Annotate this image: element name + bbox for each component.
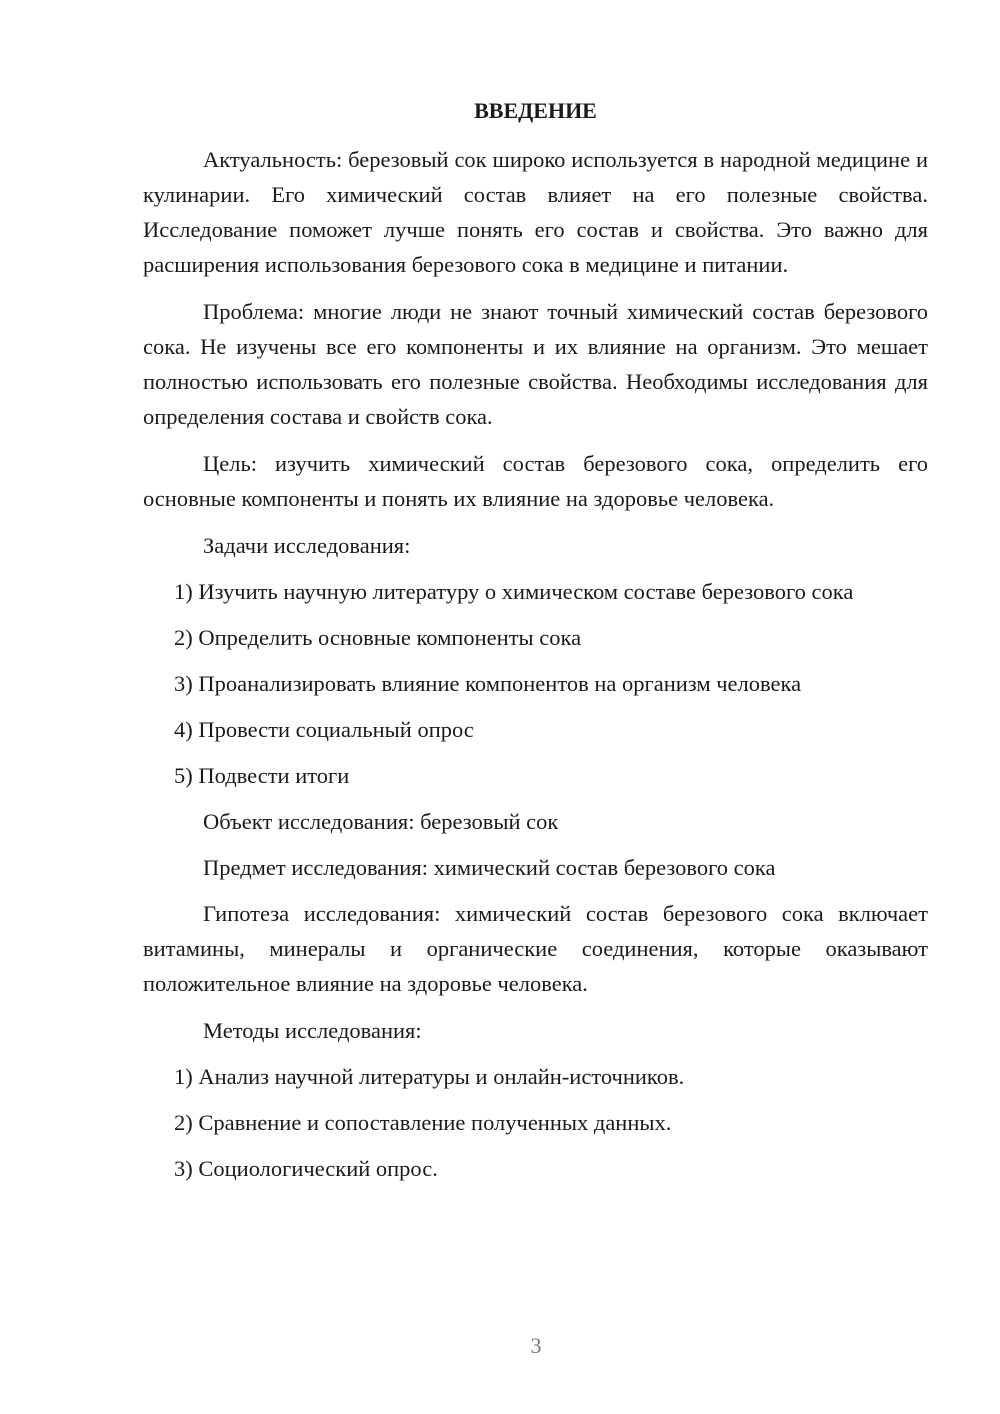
subject-paragraph: Предмет исследования: химический состав … <box>143 850 928 885</box>
task-item: 3) Проанализировать влияние компонентов … <box>143 666 928 701</box>
task-item: 5) Подвести итоги <box>143 758 928 793</box>
relevance-paragraph: Актуальность: березовый сок широко испол… <box>143 142 928 282</box>
goal-paragraph: Цель: изучить химический состав березово… <box>143 446 928 516</box>
section-title: ВВЕДЕНИЕ <box>143 93 928 128</box>
methods-heading: Методы исследования: <box>143 1013 928 1048</box>
problem-paragraph: Проблема: многие люди не знают точный хи… <box>143 294 928 434</box>
methods-list: 1) Анализ научной литературы и онлайн-ис… <box>143 1059 928 1186</box>
method-item: 1) Анализ научной литературы и онлайн-ис… <box>143 1059 928 1094</box>
task-item: 2) Определить основные компоненты сока <box>143 620 928 655</box>
task-item: 4) Провести социальный опрос <box>143 712 928 747</box>
task-item: 1) Изучить научную литературу о химическ… <box>143 574 928 609</box>
object-paragraph: Объект исследования: березовый сок <box>143 804 928 839</box>
method-item: 3) Социологический опрос. <box>143 1151 928 1186</box>
method-item: 2) Сравнение и сопоставление полученных … <box>143 1105 928 1140</box>
document-page: ВВЕДЕНИЕ Актуальность: березовый сок шир… <box>143 93 928 1197</box>
tasks-heading: Задачи исследования: <box>143 528 928 563</box>
tasks-list: 1) Изучить научную литературу о химическ… <box>143 574 928 793</box>
page-number: 3 <box>0 1333 1000 1359</box>
hypothesis-paragraph: Гипотеза исследования: химический состав… <box>143 896 928 1001</box>
